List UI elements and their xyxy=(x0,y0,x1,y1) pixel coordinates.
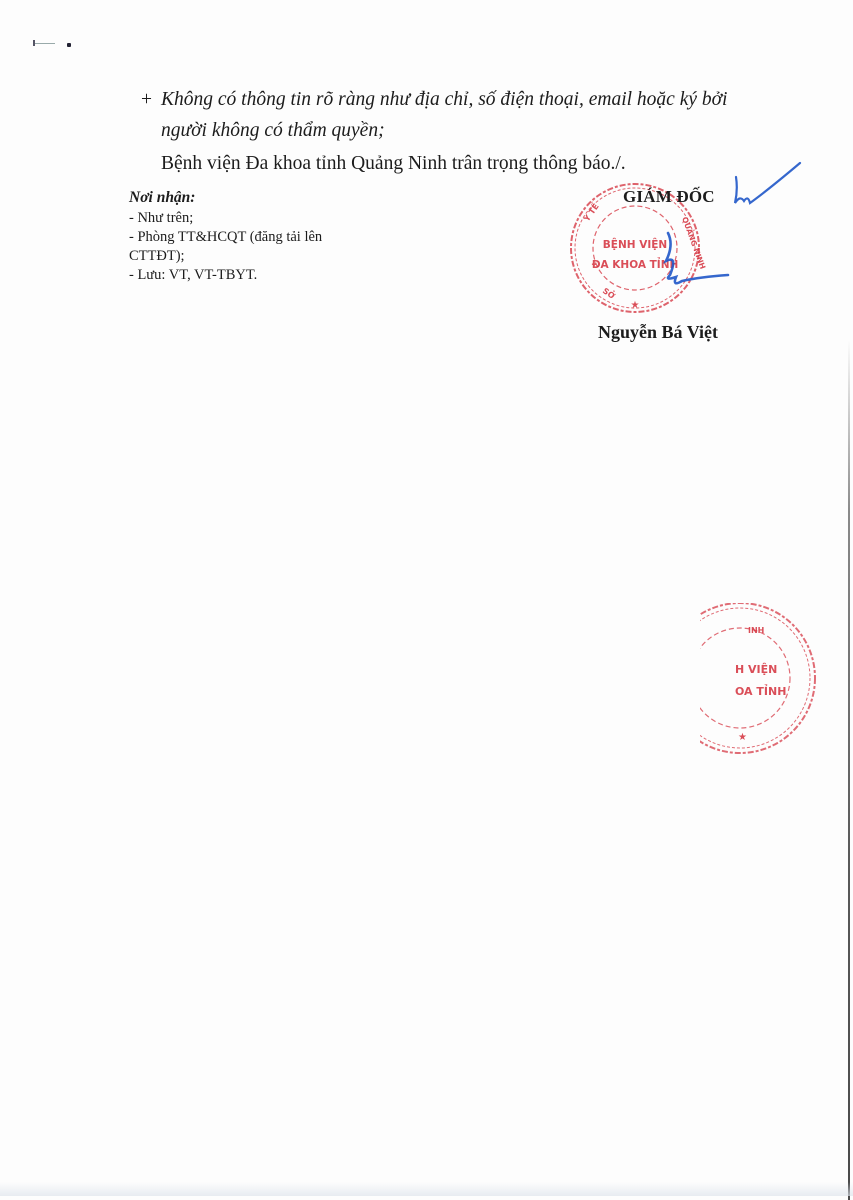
partial-seal-stamp: H VIỆN OA TỈNH INH ★ xyxy=(700,603,830,758)
closing-statement: Bệnh viện Đa khoa tỉnh Quảng Ninh trân t… xyxy=(161,152,626,176)
scan-bottom-smudge xyxy=(0,1182,853,1196)
signer-title: GIÁM ĐỐC xyxy=(623,187,715,207)
partial-stamp-ring-top: INH xyxy=(748,626,764,635)
stamp-ring-bottom: SỞ xyxy=(601,284,618,301)
star-icon: ★ xyxy=(738,732,747,743)
bullet-marker: + xyxy=(141,88,161,112)
bullet-text-line-1: Không có thông tin rõ ràng như địa chỉ, … xyxy=(161,89,727,110)
signer-name: Nguyễn Bá Việt xyxy=(598,322,718,343)
recipients-title: Nơi nhận: xyxy=(129,188,369,207)
star-icon: ★ xyxy=(631,300,640,311)
scan-edge-line xyxy=(848,340,850,1200)
partial-stamp-line-1: H VIỆN xyxy=(735,663,777,676)
scan-artifact xyxy=(33,40,73,48)
bullet-item: +Không có thông tin rõ ràng như địa chỉ,… xyxy=(141,88,727,112)
recipient-item: - Như trên; xyxy=(129,209,369,228)
initial-signature xyxy=(728,155,808,215)
bullet-text-line-2: người không có thẩm quyền; xyxy=(161,119,385,143)
director-signature xyxy=(650,225,740,295)
recipients-block: Nơi nhận: - Như trên; - Phòng TT&HCQT (đ… xyxy=(129,188,369,285)
recipient-item: - Phòng TT&HCQT (đăng tải lên CTTĐT); xyxy=(129,228,369,266)
partial-stamp-line-2: OA TỈNH xyxy=(735,684,786,698)
recipient-item: - Lưu: VT, VT-TBYT. xyxy=(129,266,369,285)
